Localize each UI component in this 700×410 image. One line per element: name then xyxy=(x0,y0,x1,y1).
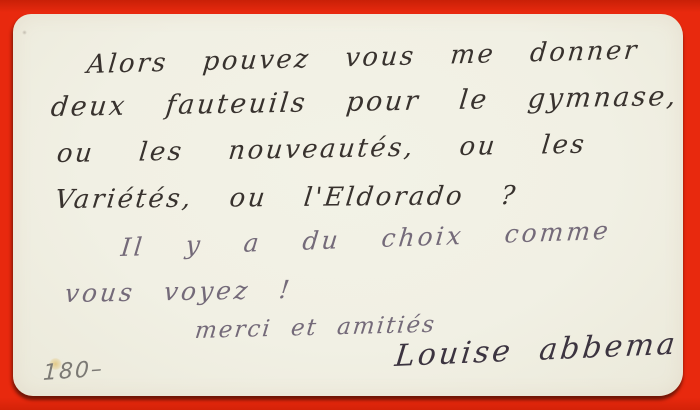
note-line-5: Il y a du choix comme xyxy=(120,218,613,260)
note-line-1: Alors pouvez vous me donner xyxy=(86,38,640,79)
note-line-3: ou les nouveautés, ou les xyxy=(56,132,588,167)
note-line-4: Variétés, ou l'Eldorado ? xyxy=(54,183,519,213)
note-line-2: deux fauteuils pour le gymnase, xyxy=(50,83,680,121)
paper-speck xyxy=(22,30,27,35)
price-annotation: 180– xyxy=(43,359,105,385)
signature: Louise abbema xyxy=(393,330,679,373)
note-card: Alors pouvez vous me donner deux fauteui… xyxy=(13,14,683,396)
note-line-6: vous voyez ! xyxy=(63,277,293,306)
